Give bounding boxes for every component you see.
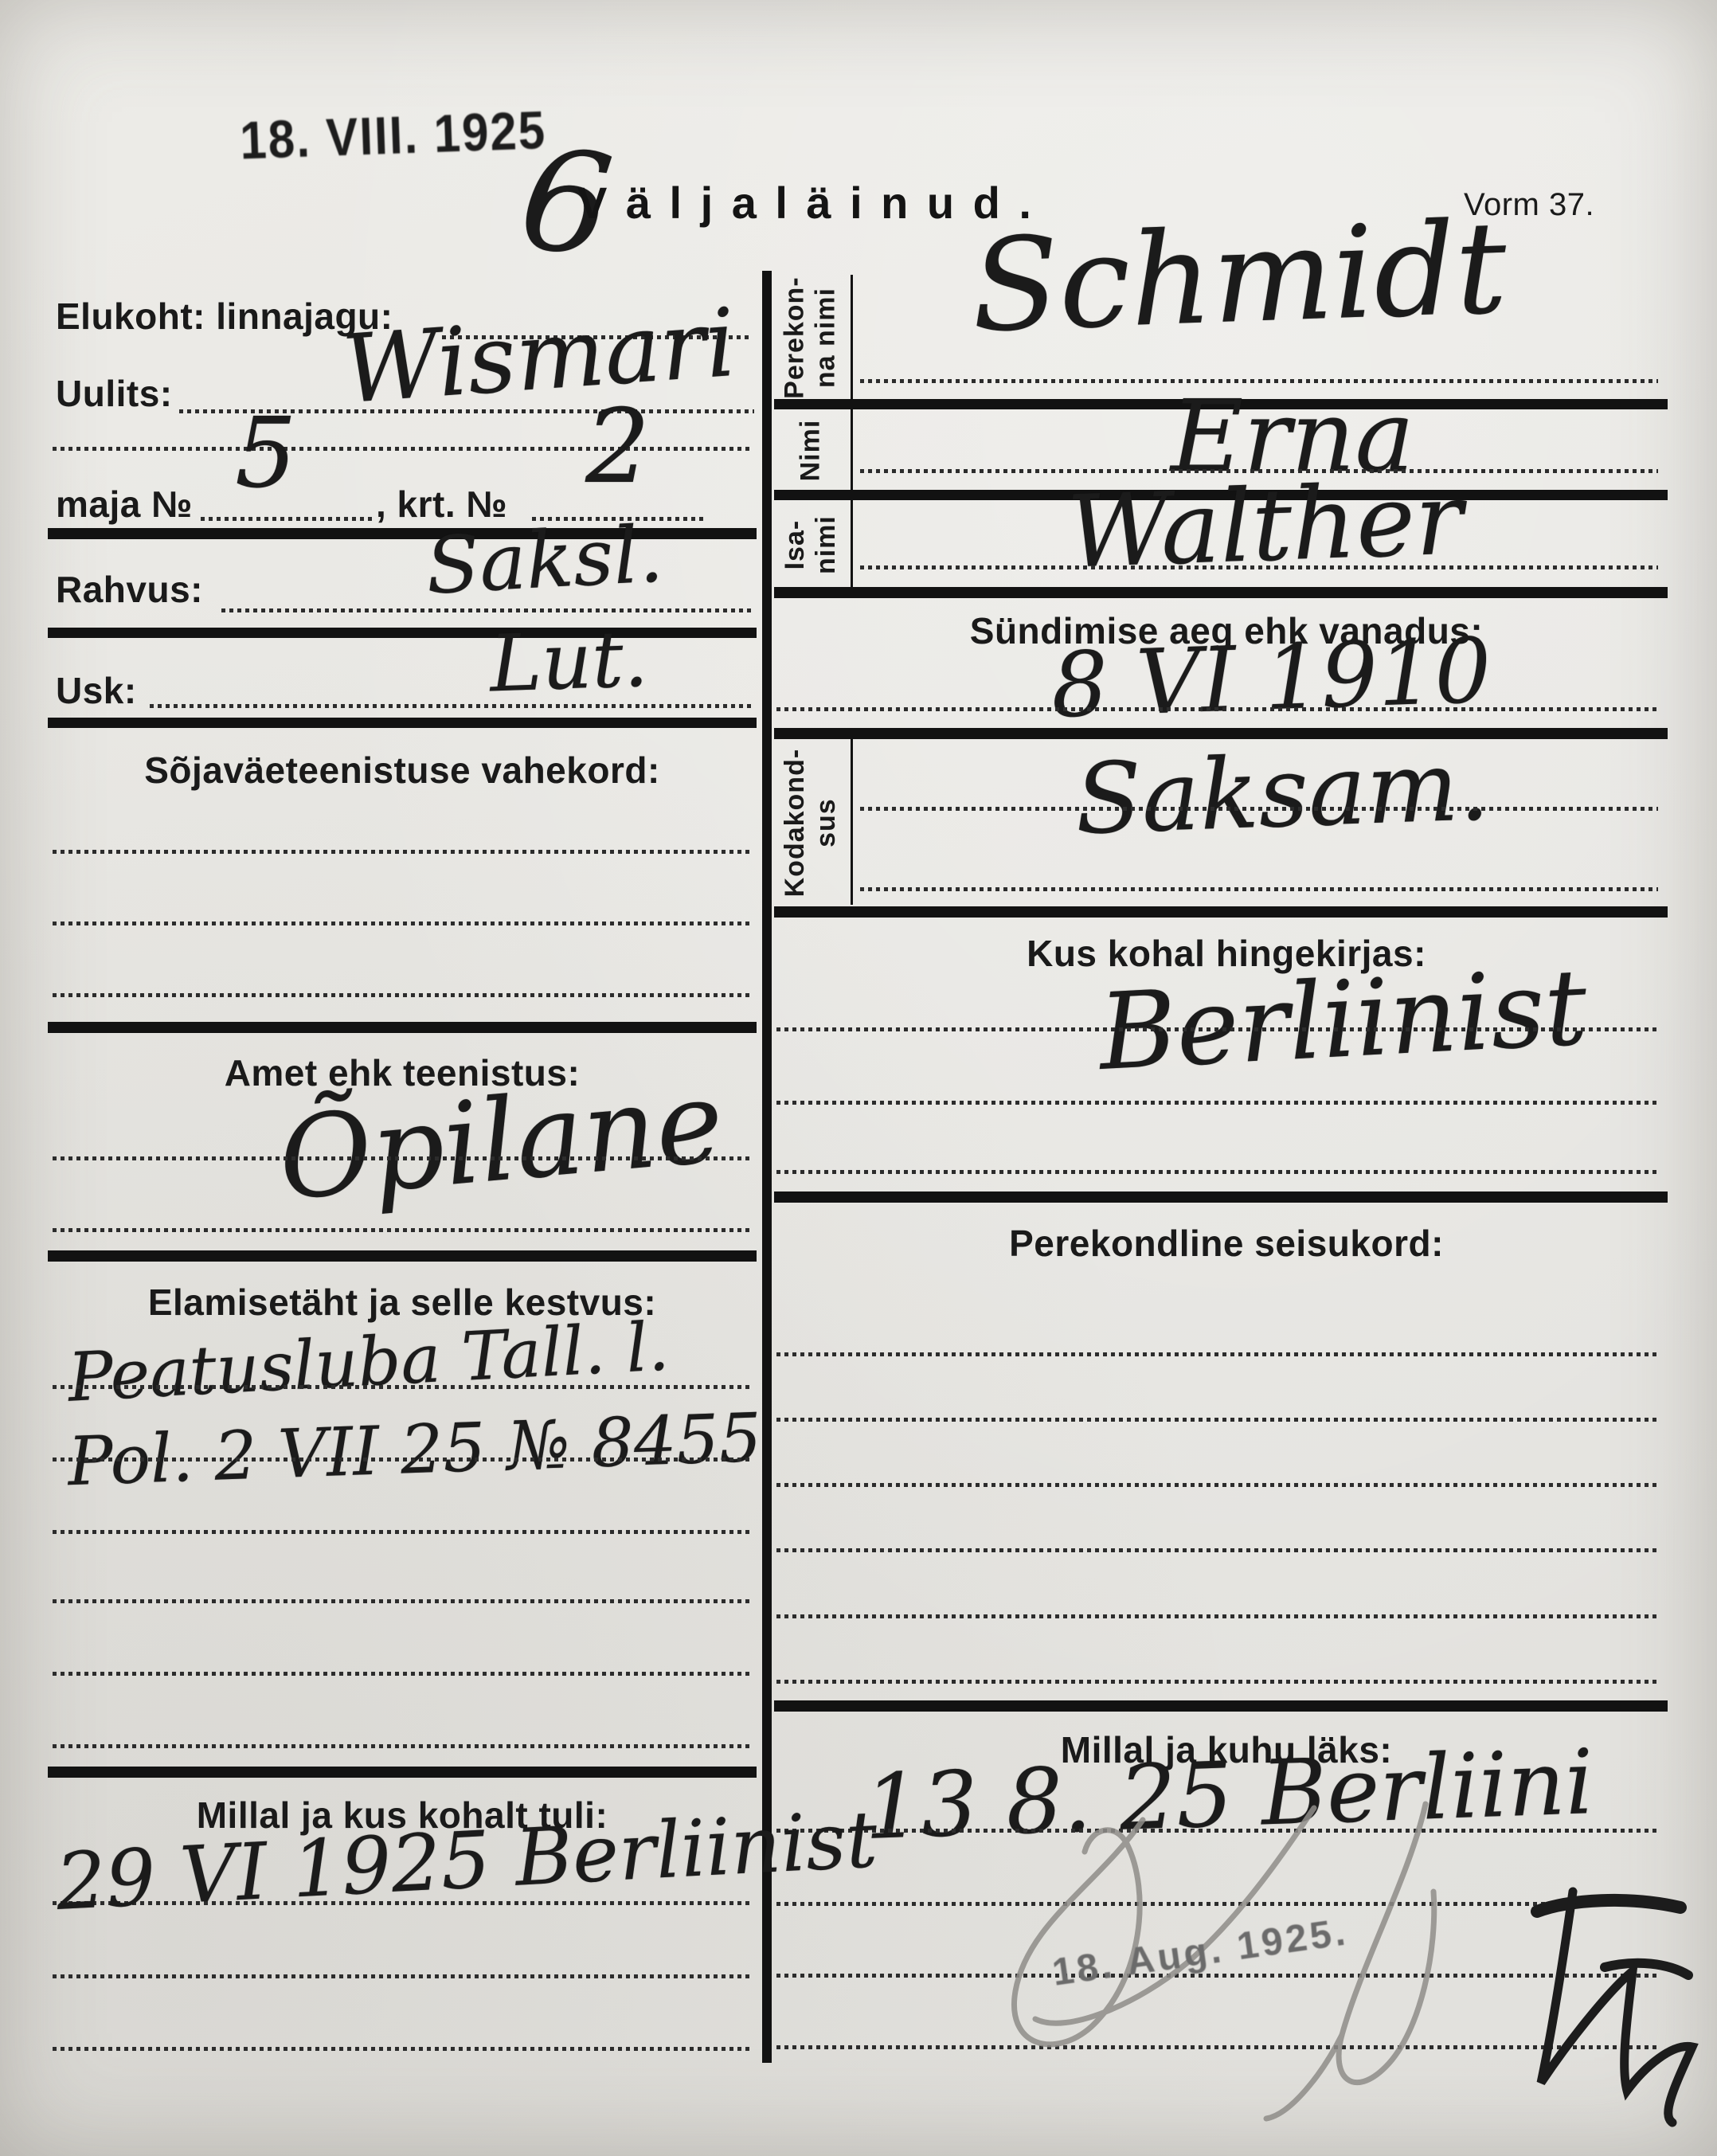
rule-below-father-name (774, 587, 1668, 598)
military-service-label: Sõjaväeteenistuse vahekord: (48, 749, 757, 792)
occupation-value-handwritten: Õpilane (275, 1066, 728, 1217)
rule-below-citizenship (774, 906, 1668, 918)
house-label: maja № (56, 483, 193, 526)
apartment-number-handwritten: 2 (585, 397, 650, 499)
birth-date-dotted-line (776, 707, 1658, 711)
family-status-dotted-line-4 (776, 1548, 1658, 1552)
father-name-label-line1: Isa- (780, 515, 811, 574)
religion-value-handwritten: Lut. (488, 620, 649, 704)
family-status-dotted-line-3 (776, 1483, 1658, 1487)
registry-dotted-line-3 (776, 1170, 1658, 1174)
military-dotted-line-1 (53, 850, 753, 854)
citizenship-block-label-rule (851, 739, 853, 905)
rule-below-religion (48, 718, 757, 728)
family-status-dotted-line-1 (776, 1352, 1658, 1356)
occupation-dotted-line-1 (53, 1156, 753, 1160)
father-name-vertical-label: Isa- nimi (771, 504, 851, 585)
surname-vertical-label: Perekon- na nimi (771, 280, 851, 396)
permit-value-line1-handwritten: Peatusluba Tall. l. (66, 1313, 671, 1411)
house-number-handwritten: 5 (235, 405, 297, 502)
rule-below-nationality (48, 628, 757, 638)
citizenship-value-handwritten: Saksam. (1074, 737, 1491, 848)
street-value-handwritten: Wismari (339, 295, 738, 417)
rule-below-occupation (48, 1250, 757, 1262)
first-name-label-text: Nimi (795, 420, 826, 482)
registry-dotted-line-1 (776, 1027, 1658, 1031)
permit-value-line2-handwritten: Pol. 2 VII 25 № 8455 (67, 1404, 763, 1495)
religion-dotted-line (150, 704, 753, 708)
citizenship-vertical-label: Kodakond- sus (771, 742, 851, 903)
occupation-dotted-line-2 (53, 1228, 753, 1232)
permit-dotted-line-1 (53, 1385, 753, 1389)
permit-dotted-line-4 (53, 1599, 753, 1603)
citizenship-label-line1: Kodakond- (780, 749, 811, 898)
religion-label: Usk: (56, 669, 137, 712)
rule-below-registry (774, 1191, 1668, 1203)
father-name-dotted-line (860, 565, 1658, 569)
house-dotted-line (201, 517, 372, 521)
citizenship-dotted-line-2 (860, 887, 1658, 891)
nationality-value-handwritten: Saksl. (424, 515, 665, 605)
nationality-dotted-line (221, 608, 753, 612)
citizenship-label-line2: sus (811, 749, 842, 898)
family-status-dotted-line-2 (776, 1418, 1658, 1422)
first-name-vertical-label: Nimi (771, 414, 851, 487)
surname-block-label-rule (851, 275, 853, 587)
military-dotted-line-2 (53, 921, 753, 925)
arrived-dotted-line-3 (53, 2047, 753, 2051)
family-status-dotted-line-5 (776, 1614, 1658, 1618)
permit-dotted-line-2 (53, 1458, 753, 1461)
nationality-label: Rahvus: (56, 568, 203, 611)
permit-dotted-line-3 (53, 1530, 753, 1534)
family-status-dotted-line-6 (776, 1680, 1658, 1684)
registry-value-handwritten: Berliinist (1097, 955, 1590, 1086)
rule-below-permit (48, 1767, 757, 1778)
ink-signature (1525, 1884, 1712, 2131)
registration-card-scan: 18. VIII. 1925 6 Väljaläinud. Vorm 37. E… (0, 0, 1717, 2156)
citizenship-dotted-line-1 (860, 807, 1658, 811)
surname-value-handwritten: Schmidt (969, 204, 1508, 350)
father-name-label-line2: nimi (811, 515, 842, 574)
street-label: Uulits: (56, 372, 173, 415)
family-status-label: Perekondline seisukord: (784, 1222, 1668, 1265)
military-dotted-line-3 (53, 993, 753, 997)
received-date-stamp: 18. VIII. 1925 (239, 100, 547, 172)
arrived-dotted-line-2 (53, 1974, 753, 1978)
surname-label-line1: Perekon- (780, 277, 811, 400)
permit-dotted-line-5 (53, 1672, 753, 1676)
registry-dotted-line-2 (776, 1101, 1658, 1105)
rule-below-family-status (774, 1700, 1668, 1712)
surname-label-line2: na nimi (811, 277, 842, 400)
permit-dotted-line-6 (53, 1744, 753, 1748)
rule-below-military (48, 1022, 757, 1033)
birth-date-value-handwritten: 8 VI 1910 (1050, 626, 1492, 730)
